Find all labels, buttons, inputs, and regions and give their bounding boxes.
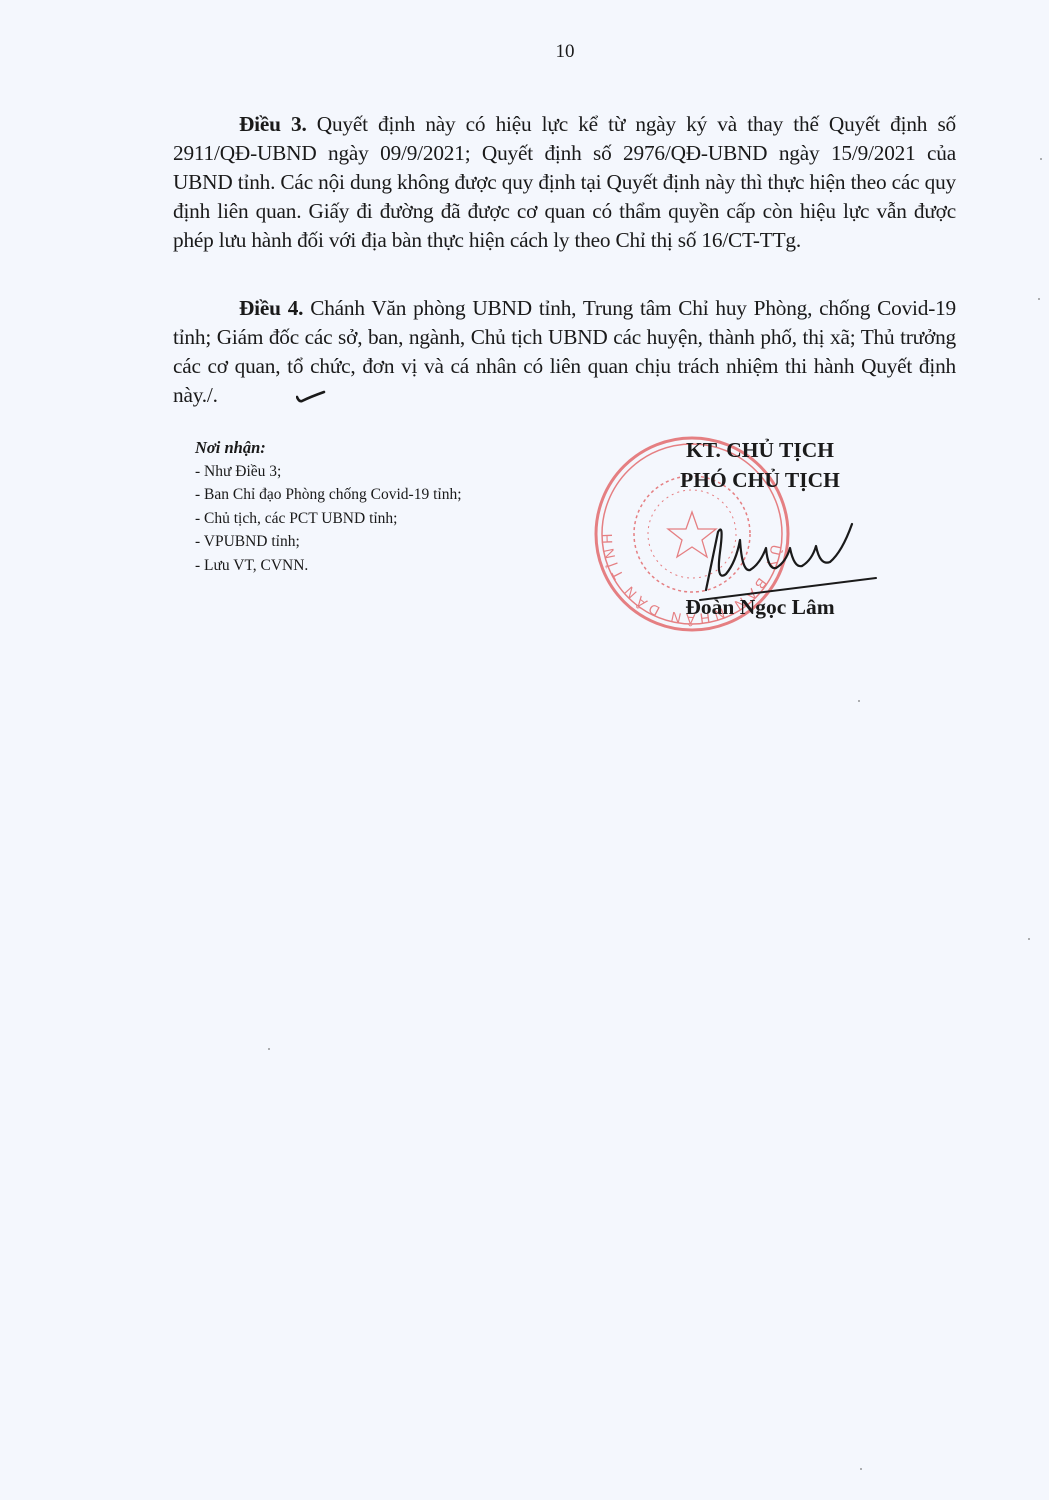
signer-name: Đoàn Ngọc Lâm [590, 595, 930, 620]
recipient-item: - VPUBND tỉnh; [195, 530, 462, 554]
recipient-item: - Ban Chỉ đạo Phòng chống Covid-19 tỉnh; [195, 483, 462, 507]
article-4-label: Điều 4. [239, 296, 303, 320]
scan-speck [1028, 938, 1030, 940]
scan-speck [860, 1468, 862, 1470]
recipient-item: - Lưu VT, CVNN. [195, 554, 462, 578]
article-3-label: Điều 3. [239, 112, 307, 136]
recipients-list: Nơi nhận: - Như Điều 3; - Ban Chỉ đạo Ph… [195, 436, 462, 577]
page-number: 10 [0, 41, 1049, 63]
handwritten-signature-icon [680, 512, 880, 607]
signature-role-line-2: PHÓ CHỦ TỊCH [590, 465, 930, 495]
recipients-title: Nơi nhận: [195, 436, 462, 460]
recipient-item: - Như Điều 3; [195, 460, 462, 484]
checkmark-icon [230, 383, 326, 412]
recipient-item: - Chủ tịch, các PCT UBND tỉnh; [195, 507, 462, 531]
article-3: Điều 3. Quyết định này có hiệu lực kể từ… [173, 110, 956, 255]
scan-speck [1038, 298, 1040, 300]
signature-role-line-1: KT. CHỦ TỊCH [590, 435, 930, 465]
article-4: Điều 4. Chánh Văn phòng UBND tỉnh, Trung… [173, 294, 956, 412]
signature-block: ỦY BAN NHÂN DÂN TỈNH KT. CHỦ TỊCH PHÓ CH… [590, 432, 930, 642]
scan-speck [1040, 158, 1042, 160]
scan-speck [858, 700, 860, 702]
scan-speck [268, 1048, 270, 1050]
